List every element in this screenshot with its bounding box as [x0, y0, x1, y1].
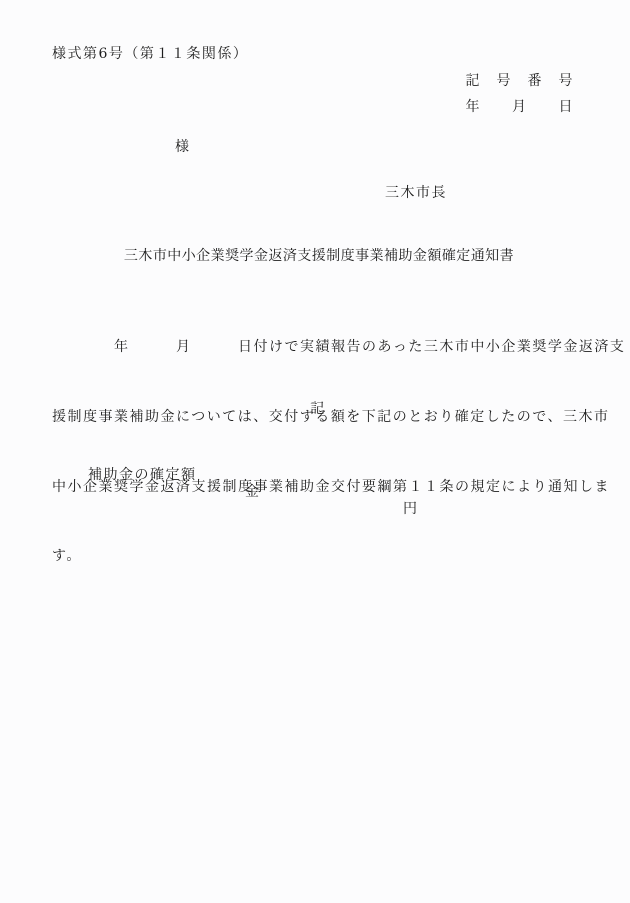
document-title: 三木市中小企業奨学金返済支援制度事業補助金額確定通知書 — [8, 248, 630, 265]
date-label: 年 月 日 — [466, 99, 575, 116]
body-line: す。 — [52, 545, 625, 568]
recipient-honorific: 様 — [175, 139, 191, 156]
sender-name: 三木市長 — [385, 185, 447, 202]
amount-label: 補助金の確定額 — [88, 467, 197, 484]
document-number-label: 記 号 番 号 — [466, 73, 575, 90]
amount-currency-prefix: 金 — [245, 484, 261, 501]
body-line: 年 月 日付けで実績報告のあった三木市中小企業奨学金返済支 — [52, 336, 625, 359]
record-separator-label: 記 — [6, 401, 630, 418]
amount-currency-suffix: 円 — [403, 501, 419, 518]
form-number: 様式第6号（第１１条関係） — [52, 46, 248, 63]
amount-row: 補助金の確定額 金 円 — [0, 450, 630, 470]
document-page: 様式第6号（第１１条関係） 記 号 番 号 年 月 日 様 三木市長 三木市中小… — [0, 0, 630, 903]
